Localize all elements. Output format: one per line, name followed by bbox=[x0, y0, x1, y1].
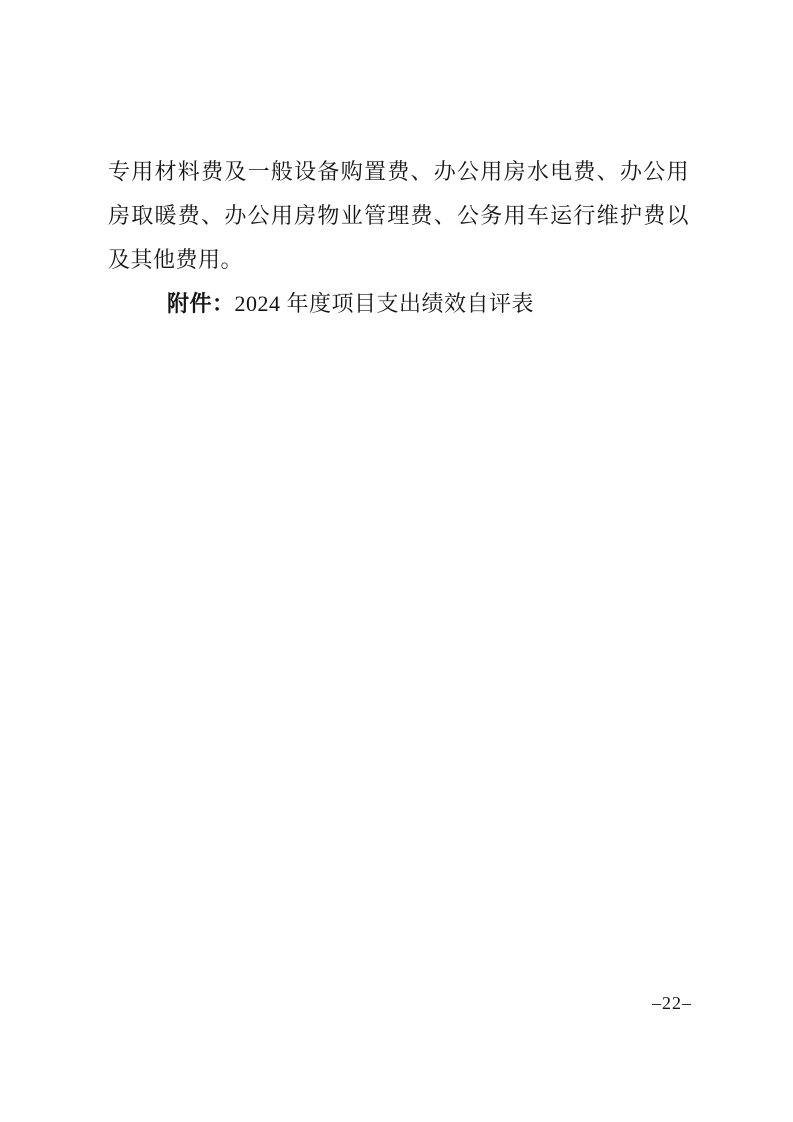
expenses-paragraph: 专用材料费及一般设备购置费、办公用房水电费、办公用房取暖费、办公用房物业管理费、… bbox=[108, 150, 689, 282]
attachment-label: 附件： bbox=[167, 291, 235, 316]
attachment-title: 2024 年度项目支出绩效自评表 bbox=[235, 291, 535, 316]
document-page: 专用材料费及一般设备购置费、办公用房水电费、办公用房取暖费、办公用房物业管理费、… bbox=[0, 0, 793, 1122]
page-number: –22– bbox=[652, 993, 692, 1013]
attachment-line: 附件：2024 年度项目支出绩效自评表 bbox=[108, 282, 689, 326]
document-body: 专用材料费及一般设备购置费、办公用房水电费、办公用房取暖费、办公用房物业管理费、… bbox=[108, 150, 689, 326]
